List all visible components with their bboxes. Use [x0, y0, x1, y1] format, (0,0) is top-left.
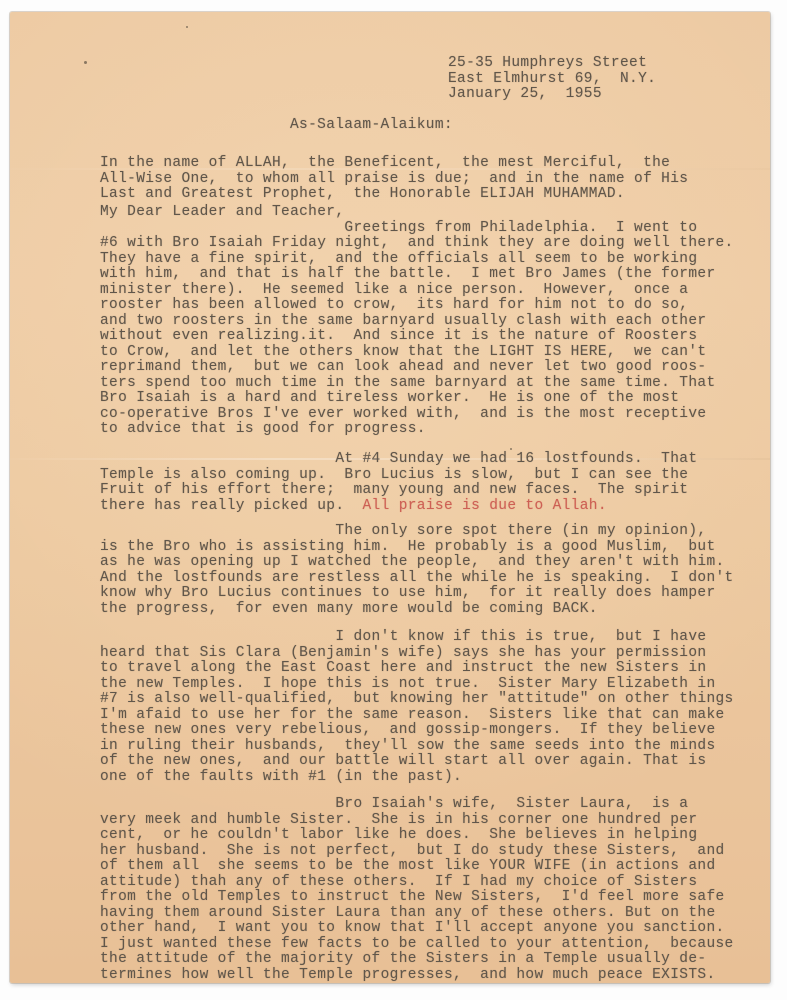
letter-page: 25-35 Humphreys Street East Elmhurst 69,…	[10, 12, 770, 983]
red-ink-phrase: All praise is due to Allah.	[363, 498, 607, 514]
invocation-paragraph: In the name of ALLAH, the Beneficent, th…	[100, 156, 688, 203]
paper-speck	[510, 448, 512, 450]
return-address: 25-35 Humphreys Street East Elmhurst 69,…	[448, 56, 656, 103]
sore-spot-paragraph: The only sore spot there (in my opinion)…	[100, 524, 734, 617]
paper-speck	[186, 26, 188, 28]
sister-laura-paragraph: Bro Isaiah's wife, Sister Laura, is a ve…	[100, 797, 734, 983]
salutation: As-Salaam-Alaikum:	[290, 118, 453, 134]
scan-background: 25-35 Humphreys Street East Elmhurst 69,…	[0, 0, 787, 1000]
temple4-paragraph: At #4 Sunday we had 16 lostfounds. That …	[100, 452, 697, 514]
sis-clara-paragraph: I don't know if this is true, but I have…	[100, 630, 734, 785]
paper-speck	[84, 61, 87, 64]
opening-paragraph: My Dear Leader and Teacher, Greetings fr…	[100, 205, 734, 438]
